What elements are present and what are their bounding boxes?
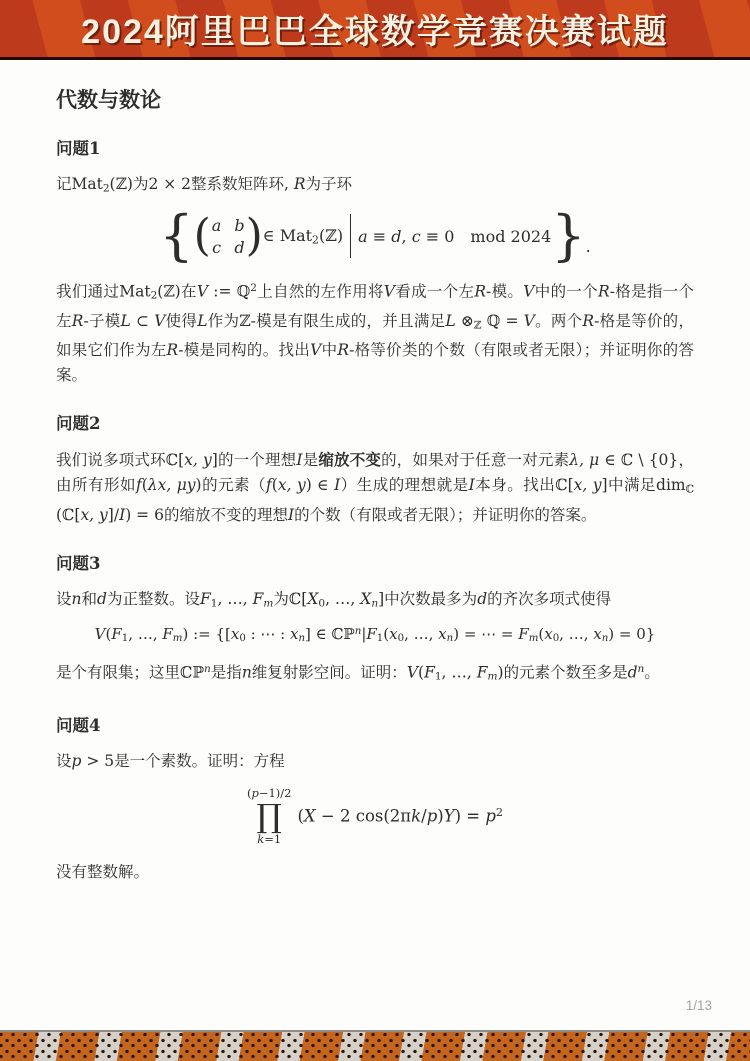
problem-3-outro: 是个有限集；这里ℂℙn是指n维复射影空间。证明：V(F1, …, Fm)的元素个… (56, 657, 694, 690)
page-body: 代数与数论 问题1 记Mat2(ℤ)为2 × 2整系数矩阵环, R为子环 { (… (0, 86, 750, 885)
product-symbol: ∏ (256, 800, 281, 832)
bottom-decorative-band (0, 1030, 750, 1061)
problem-3-intro: 设n和d为正整数。设F1, …, Fm为ℂ[X0, …, Xn]中次数最多为d的… (56, 587, 694, 616)
problem-1-formula: { ( a b c d ) ∈ Mat2(ℤ) a ≡ d, c ≡ 0 mod… (56, 209, 694, 263)
vertical-bar (350, 214, 351, 258)
matrix-cell: a (212, 216, 222, 235)
problem-3-label: 问题3 (56, 554, 694, 574)
page-number: 1/13 (686, 998, 712, 1013)
problem-2-label: 问题2 (56, 414, 694, 434)
formula-condition: a ≡ d, c ≡ 0 mod 2024 (358, 227, 551, 246)
banner-title: 2024阿里巴巴全球数学竞赛决赛试题 (81, 4, 669, 53)
close-brace: } (551, 209, 585, 263)
product-operator: (p−1)/2 ∏ k=1 (247, 786, 292, 847)
problem-2-body: 我们说多项式环ℂ[x, y]的一个理想I是缩放不变的，如果对于任意一对元素λ, … (56, 447, 694, 527)
problem-1-intro: 记Mat2(ℤ)为2 × 2整系数矩阵环, R为子环 (56, 172, 694, 201)
formula-variety: V(F1, …, Fm) := {[x0 : ⋯ : xn] ∈ ℂℙn|F1(… (95, 625, 656, 644)
document-page: 2024阿里巴巴全球数学竞赛决赛试题 代数与数论 问题1 记Mat2(ℤ)为2 … (0, 0, 750, 1061)
problem-4-outro: 没有整数解。 (56, 860, 694, 885)
open-brace: { (159, 209, 193, 263)
formula-period: . (586, 237, 591, 263)
problem-1-body: 我们通过Mat2(ℤ)在V := ℚ2上自然的左作用将V看成一个左R-模。V中的… (56, 276, 694, 388)
formula-membership: ∈ Mat2(ℤ) (263, 226, 343, 246)
problem-4-label: 问题4 (56, 716, 694, 736)
close-paren: ) (246, 214, 263, 258)
open-paren: ( (194, 214, 211, 258)
problem-4-intro: 设p > 5是一个素数。证明：方程 (56, 749, 694, 774)
matrix-2x2: a b c d (212, 216, 245, 257)
matrix-cell: b (234, 216, 244, 235)
banner: 2024阿里巴巴全球数学竞赛决赛试题 (0, 0, 750, 60)
section-title: 代数与数论 (56, 86, 694, 113)
matrix-cell: c (212, 238, 221, 257)
problem-3-formula: V(F1, …, Fm) := {[x0 : ⋯ : xn] ∈ ℂℙn|F1(… (56, 625, 694, 644)
matrix-cell: d (234, 238, 244, 257)
product-lower-limit: k=1 (257, 832, 281, 846)
problem-1-label: 问题1 (56, 139, 694, 159)
problem-4-formula: (p−1)/2 ∏ k=1 (X − 2 cos(2πk/p)Y) = p2 (56, 786, 694, 847)
formula-expression: (X − 2 cos(2πk/p)Y) = p2 (297, 806, 503, 826)
